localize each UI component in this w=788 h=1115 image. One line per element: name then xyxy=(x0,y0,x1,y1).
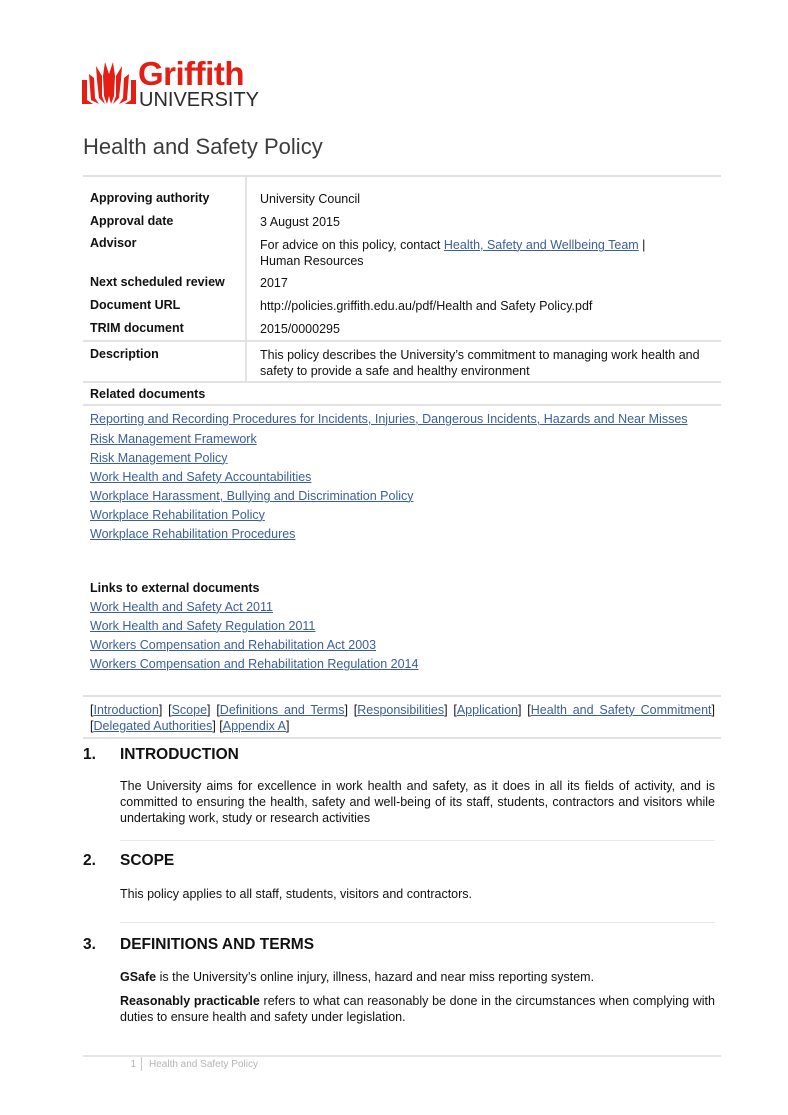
toc-top-rule xyxy=(83,695,721,697)
meta-value-trim-document: 2015/0000295 xyxy=(260,321,715,337)
meta-label-trim-document: TRIM document xyxy=(90,321,184,335)
external-documents-list: Work Health and Safety Act 2011 Work Hea… xyxy=(90,598,715,674)
meta-value-document-url: http://policies.griffith.edu.au/pdf/Heal… xyxy=(260,298,715,314)
definition-gsafe: GSafe is the University’s online injury,… xyxy=(120,969,715,985)
toc-link-application[interactable]: Application xyxy=(457,703,518,717)
toc-link-hs-commitment[interactable]: Health and Safety Commitment xyxy=(531,703,712,717)
definition-term: GSafe xyxy=(120,970,156,984)
section-2-body: This policy applies to all staff, studen… xyxy=(120,886,715,902)
definition-term: Reasonably practicable xyxy=(120,994,260,1008)
footer-rule xyxy=(83,1055,721,1057)
meta-label-approval-date: Approval date xyxy=(90,214,173,228)
external-doc-item: Work Health and Safety Regulation 2011 xyxy=(90,617,715,636)
related-documents-heading: Related documents xyxy=(90,387,205,401)
toc-link-definitions[interactable]: Definitions and Terms xyxy=(220,703,345,717)
related-doc-link-risk-framework[interactable]: Risk Management Framework xyxy=(90,432,257,446)
section-1-heading: INTRODUCTION xyxy=(120,746,239,764)
related-doc-link-rehab-policy[interactable]: Workplace Rehabilitation Policy xyxy=(90,508,265,522)
page-title: Health and Safety Policy xyxy=(83,134,323,160)
logo-wordmark-griffith: Griffith xyxy=(138,56,244,92)
related-doc-item: Risk Management Framework xyxy=(90,430,715,449)
section-divider xyxy=(120,922,715,923)
external-doc-item: Workers Compensation and Rehabilitation … xyxy=(90,636,715,655)
footer-document-title: Health and Safety Policy xyxy=(149,1059,258,1070)
table-top-rule xyxy=(83,175,721,177)
toc-bottom-rule xyxy=(83,737,721,739)
griffith-university-logo: Griffith UNIVERSITY xyxy=(82,60,272,112)
meta-label-approving-authority: Approving authority xyxy=(90,191,209,205)
external-doc-item: Workers Compensation and Rehabilitation … xyxy=(90,655,715,674)
related-documents-list: Reporting and Recording Procedures for I… xyxy=(90,411,715,544)
meta-value-next-review: 2017 xyxy=(260,275,715,291)
external-doc-link-workers-comp-act[interactable]: Workers Compensation and Rehabilitation … xyxy=(90,638,376,652)
definition-text: is the University’s online injury, illne… xyxy=(156,970,594,984)
table-column-divider xyxy=(245,177,247,382)
advisor-link-hsw-team[interactable]: Health, Safety and Wellbeing Team xyxy=(444,238,639,252)
external-doc-link-whs-act[interactable]: Work Health and Safety Act 2011 xyxy=(90,600,273,614)
toc-link-appendix-a[interactable]: Appendix A xyxy=(223,719,286,733)
toc-link-responsibilities[interactable]: Responsibilities xyxy=(357,703,444,717)
toc-link-introduction[interactable]: Introduction xyxy=(93,703,158,717)
meta-label-document-url: Document URL xyxy=(90,298,180,312)
meta-label-advisor: Advisor xyxy=(90,236,137,250)
logo-emblem-icon xyxy=(82,62,136,106)
related-doc-item: Workplace Rehabilitation Procedures xyxy=(90,525,715,544)
related-doc-item: Workplace Harassment, Bullying and Discr… xyxy=(90,487,715,506)
section-3-heading: DEFINITIONS AND TERMS xyxy=(120,936,314,954)
toc-link-scope[interactable]: Scope xyxy=(172,703,207,717)
section-3-number: 3. xyxy=(83,936,96,954)
related-documents-rule xyxy=(83,404,721,406)
footer-separator xyxy=(141,1057,142,1071)
related-doc-link-reporting-procedures[interactable]: Reporting and Recording Procedures for I… xyxy=(90,412,688,426)
section-divider xyxy=(120,840,715,841)
meta-value-approval-date: 3 August 2015 xyxy=(260,214,715,230)
section-1-number: 1. xyxy=(83,746,96,764)
related-doc-link-harassment-policy[interactable]: Workplace Harassment, Bullying and Discr… xyxy=(90,489,414,503)
table-description-rule xyxy=(83,340,721,342)
related-doc-item: Work Health and Safety Accountabilities xyxy=(90,468,715,487)
meta-value-approving-authority: University Council xyxy=(260,191,715,207)
external-doc-link-workers-comp-regulation[interactable]: Workers Compensation and Rehabilitation … xyxy=(90,657,418,671)
meta-value-advisor: For advice on this policy, contact Healt… xyxy=(260,237,680,269)
advisor-prefix: For advice on this policy, contact xyxy=(260,238,444,252)
external-doc-item: Work Health and Safety Act 2011 xyxy=(90,598,715,617)
page-number: 1 xyxy=(118,1059,136,1070)
related-doc-item: Workplace Rehabilitation Policy xyxy=(90,506,715,525)
related-doc-item: Risk Management Policy xyxy=(90,449,715,468)
related-doc-link-risk-policy[interactable]: Risk Management Policy xyxy=(90,451,228,465)
definition-reasonably-practicable: Reasonably practicable refers to what ca… xyxy=(120,993,715,1025)
section-2-heading: SCOPE xyxy=(120,852,174,870)
section-2-number: 2. xyxy=(83,852,96,870)
external-documents-heading: Links to external documents xyxy=(90,581,259,595)
meta-label-next-review: Next scheduled review xyxy=(90,275,225,289)
logo-wordmark-university: UNIVERSITY xyxy=(139,89,259,111)
meta-label-description: Description xyxy=(90,347,159,361)
external-doc-link-whs-regulation[interactable]: Work Health and Safety Regulation 2011 xyxy=(90,619,315,633)
related-doc-link-rehab-procedures[interactable]: Workplace Rehabilitation Procedures xyxy=(90,527,295,541)
toc-link-delegated-authorities[interactable]: Delegated Authorities xyxy=(93,719,212,733)
section-navigation: [Introduction] [Scope] [Definitions and … xyxy=(90,702,715,734)
section-1-body: The University aims for excellence in wo… xyxy=(120,778,715,826)
table-bottom-rule xyxy=(83,381,721,383)
related-doc-item: Reporting and Recording Procedures for I… xyxy=(90,411,715,427)
meta-value-description: This policy describes the University’s c… xyxy=(260,347,715,379)
related-doc-link-whs-accountabilities[interactable]: Work Health and Safety Accountabilities xyxy=(90,470,311,484)
